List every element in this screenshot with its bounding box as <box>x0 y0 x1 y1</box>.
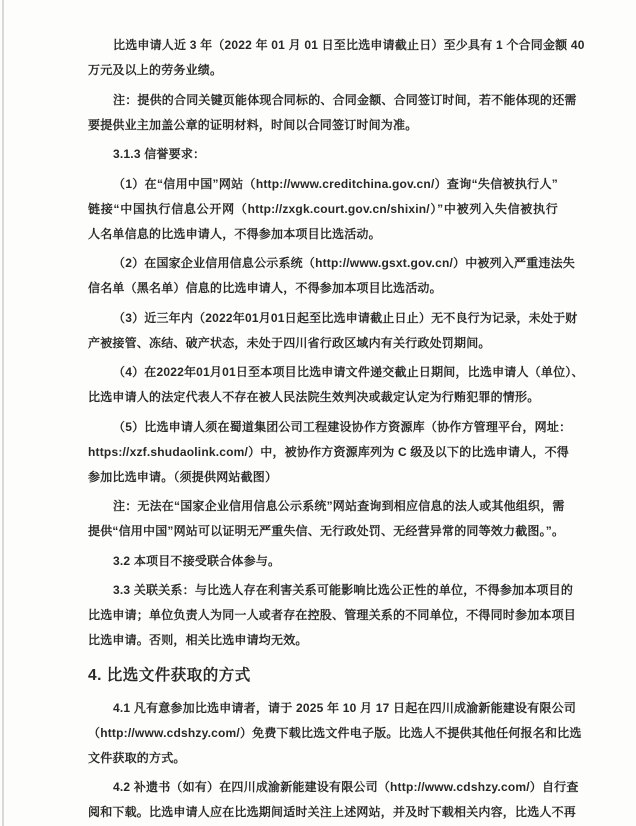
text-line: 4.2 补遗书（如有）在四川成渝新能建设有限公司（http://www.cdsh… <box>88 775 558 800</box>
text-line: 文件获取的方式。 <box>88 746 558 771</box>
paragraph: 3.3 关联关系：与比选人存在利害关系可能影响比选公正性的单位，不得参加本项目的… <box>88 578 558 653</box>
text-line: 信名单（黑名单）信息的比选申请人，不得参加本项目比选活动。 <box>88 276 558 301</box>
paragraph: （1）在“信用中国”网站（http://www.creditchina.gov.… <box>88 172 558 247</box>
text-line: 比选申请；单位负责人为同一人或者存在控股、管理关系的不同单位，不得同时参加本项目 <box>88 603 558 628</box>
text-line: 产被接管、冻结、破产状态，未处于四川省行政区域内有关行政处罚期间。 <box>88 331 558 356</box>
paragraph: （4）在2022年01月01日至本项目比选申请文件递交截止日期间，比选申请人（单… <box>88 360 558 410</box>
text-line: 比选申请人的法定代表人不存在被人民法院生效判决或裁定认定为行贿犯罪的情形。 <box>88 385 558 410</box>
text-line: 万元及以上的劳务业绩。 <box>88 58 558 83</box>
paragraph: （3）近三年内（2022年01月01日起至比选申请截止日止）无不良行为记录，未处… <box>88 306 558 356</box>
text-line: 人名单信息的比选申请人，不得参加本项目比选活动。 <box>88 222 558 247</box>
paragraph: 比选申请人近 3 年（2022 年 01 月 01 日至比选申请截止日）至少具有… <box>88 33 558 83</box>
paragraph: 3.2 本项目不接受联合体参与。 <box>88 549 558 574</box>
text-line: （http://www.cdshzy.com/）免费下载比选文件电子版。比选人不… <box>88 721 558 746</box>
paragraph: （2）在国家企业信用信息公示系统（http://www.gsxt.gov.cn/… <box>88 251 558 301</box>
document-page: 比选申请人近 3 年（2022 年 01 月 01 日至比选申请截止日）至少具有… <box>0 0 636 826</box>
text-line: 注：无法在“国家企业信用信息公示系统”网站查询到相应信息的法人或其他组织，需 <box>88 494 558 519</box>
paragraph: 3.1.3 信誉要求： <box>88 142 558 167</box>
text-line: 注：提供的合同关键页能体现合同标的、合同金额、合同签订时间，若不能体现的还需 <box>88 88 558 113</box>
paragraph: 4.1 凡有意参加比选申请者，请于 2025 年 10 月 17 日起在四川成渝… <box>88 696 558 771</box>
text-line: （4）在2022年01月01日至本项目比选申请文件递交截止日期间，比选申请人（单… <box>88 360 558 385</box>
text-line: 参加比选申请。（须提供网站截图） <box>88 465 558 490</box>
text-line: 比选申请人近 3 年（2022 年 01 月 01 日至比选申请截止日）至少具有… <box>88 33 558 58</box>
text-line: 要提供业主加盖公章的证明材料，时间以合同签订时间为准。 <box>88 113 558 138</box>
document-content: 比选申请人近 3 年（2022 年 01 月 01 日至比选申请截止日）至少具有… <box>88 33 558 825</box>
paragraph: 注：无法在“国家企业信用信息公示系统”网站查询到相应信息的法人或其他组织，需提供… <box>88 494 558 544</box>
text-line: （5）比选申请人须在蜀道集团公司工程建设协作方资源库（协作方管理平台，网址： <box>88 415 558 440</box>
text-line: （1）在“信用中国”网站（http://www.creditchina.gov.… <box>88 172 558 197</box>
text-line: 链接“中国执行信息公开网（http://zxgk.court.gov.cn/sh… <box>88 197 558 222</box>
page-edge-line <box>2 0 4 826</box>
text-line: 比选申请。否则，相关比选申请均无效。 <box>88 628 558 653</box>
text-line: 4.1 凡有意参加比选申请者，请于 2025 年 10 月 17 日起在四川成渝… <box>88 696 558 721</box>
paragraph: 4.2 补遗书（如有）在四川成渝新能建设有限公司（http://www.cdsh… <box>88 775 558 825</box>
text-line: 3.3 关联关系：与比选人存在利害关系可能影响比选公正性的单位，不得参加本项目的 <box>88 578 558 603</box>
paragraph: （5）比选申请人须在蜀道集团公司工程建设协作方资源库（协作方管理平台，网址：ht… <box>88 415 558 490</box>
section-heading: 4. 比选文件获取的方式 <box>88 661 558 691</box>
text-line: 3.1.3 信誉要求： <box>88 142 558 167</box>
text-line: （3）近三年内（2022年01月01日起至比选申请截止日止）无不良行为记录，未处… <box>88 306 558 331</box>
text-line: https://xzf.shudaolink.com/）中，被协作方资源库列为 … <box>88 440 558 465</box>
text-line: 3.2 本项目不接受联合体参与。 <box>88 549 558 574</box>
paragraph: 注：提供的合同关键页能体现合同标的、合同金额、合同签订时间，若不能体现的还需要提… <box>88 88 558 138</box>
text-line: 阅和下载。比选申请人应在比选期间适时关注上述网站，并及时下载相关内容，比选人不再 <box>88 800 558 825</box>
text-line: （2）在国家企业信用信息公示系统（http://www.gsxt.gov.cn/… <box>88 251 558 276</box>
text-line: 提供“信用中国”网站可以证明无严重失信、无行政处罚、无经营异常的同等效力截图。”… <box>88 519 558 544</box>
text-line: 4. 比选文件获取的方式 <box>88 661 558 691</box>
